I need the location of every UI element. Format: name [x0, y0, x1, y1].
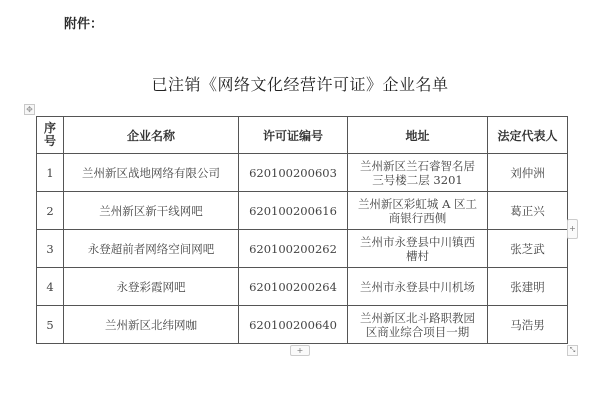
cell-representative: 刘仲洲 [488, 154, 568, 192]
table-row: 3 永登超前者网络空间网吧 620100200262 兰州市永登县中川镇西槽村 … [37, 230, 568, 268]
header-address: 地址 [348, 117, 488, 154]
cell-license: 620100200616 [239, 192, 348, 230]
cell-representative: 葛正兴 [488, 192, 568, 230]
cell-company: 永登彩霞网吧 [64, 268, 239, 306]
table-move-handle-icon[interactable]: ✥ [24, 104, 35, 115]
add-column-button[interactable]: + [567, 219, 578, 239]
cell-representative: 马浩男 [488, 306, 568, 344]
cell-license: 620100200262 [239, 230, 348, 268]
table-resize-handle-icon[interactable]: ⤡ [567, 345, 578, 356]
table-row: 2 兰州新区新干线网吧 620100200616 兰州新区彩虹城 A 区工商银行… [37, 192, 568, 230]
cell-address: 兰州新区彩虹城 A 区工商银行西侧 [348, 192, 488, 230]
cell-address: 兰州市永登县中川镇西槽村 [348, 230, 488, 268]
cell-company: 兰州新区战地网络有限公司 [64, 154, 239, 192]
revoked-license-table: 序号 企业名称 许可证编号 地址 法定代表人 1 兰州新区战地网络有限公司 62… [36, 116, 568, 344]
table-row: 4 永登彩霞网吧 620100200264 兰州市永登县中川机场 张建明 [37, 268, 568, 306]
cell-seq: 1 [37, 154, 64, 192]
cell-representative: 张建明 [488, 268, 568, 306]
header-seq: 序号 [37, 117, 64, 154]
cell-seq: 3 [37, 230, 64, 268]
cell-license: 620100200640 [239, 306, 348, 344]
document-title: 已注销《网络文化经营许可证》企业名单 [0, 72, 600, 95]
add-row-button[interactable]: + [290, 345, 310, 356]
cell-license: 620100200603 [239, 154, 348, 192]
cell-seq: 4 [37, 268, 64, 306]
cell-representative: 张芝武 [488, 230, 568, 268]
attachment-label: 附件： [64, 13, 103, 32]
header-license: 许可证编号 [239, 117, 348, 154]
table-header-row: 序号 企业名称 许可证编号 地址 法定代表人 [37, 117, 568, 154]
table-row: 1 兰州新区战地网络有限公司 620100200603 兰州新区兰石睿智名居三号… [37, 154, 568, 192]
header-representative: 法定代表人 [488, 117, 568, 154]
cell-address: 兰州市永登县中川机场 [348, 268, 488, 306]
header-company: 企业名称 [64, 117, 239, 154]
cell-company: 兰州新区新干线网吧 [64, 192, 239, 230]
cell-seq: 2 [37, 192, 64, 230]
cell-address: 兰州新区北斗路职教园区商业综合项目一期 [348, 306, 488, 344]
cell-company: 永登超前者网络空间网吧 [64, 230, 239, 268]
cell-company: 兰州新区北纬网咖 [64, 306, 239, 344]
cell-license: 620100200264 [239, 268, 348, 306]
table-row: 5 兰州新区北纬网咖 620100200640 兰州新区北斗路职教园区商业综合项… [37, 306, 568, 344]
cell-address: 兰州新区兰石睿智名居三号楼二层 3201 [348, 154, 488, 192]
cell-seq: 5 [37, 306, 64, 344]
